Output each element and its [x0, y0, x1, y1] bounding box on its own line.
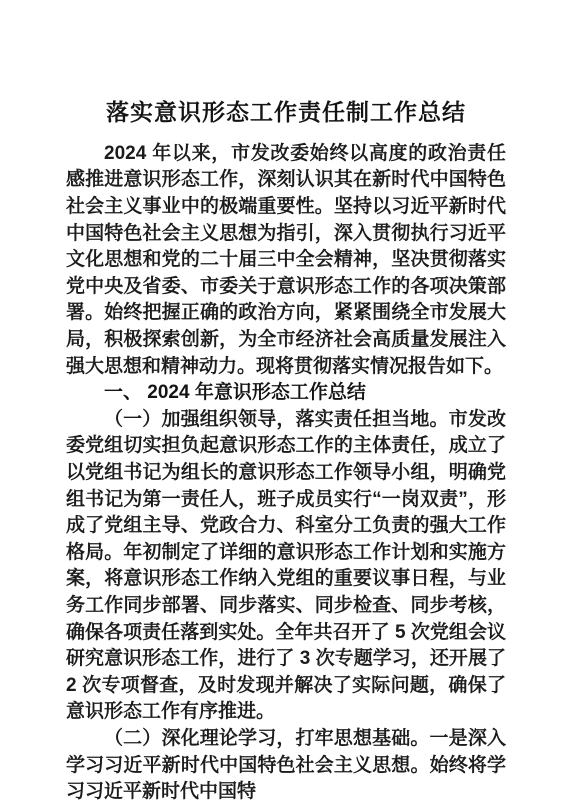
document-page: 落实意识形态工作责任制工作总结 2024 年以来，市发改委始终以高度的政治责任感… [0, 0, 570, 807]
paragraph-intro: 2024 年以来，市发改委始终以高度的政治责任感推进意识形态工作，深刻认识其在新… [66, 141, 506, 380]
document-title: 落实意识形态工作责任制工作总结 [66, 98, 506, 128]
section-heading-2024-summary: 一、 2024 年意识形态工作总结 [66, 380, 506, 407]
paragraph-theory-study: （二）深化理论学习，打牢思想基础。一是深入学习习近平新时代中国特色社会主义思想。… [66, 726, 506, 806]
paragraph-organization-leadership: （一）加强组织领导，落实责任担当地。市发改委党组切实担负起意识形态工作的主体责任… [66, 407, 506, 726]
